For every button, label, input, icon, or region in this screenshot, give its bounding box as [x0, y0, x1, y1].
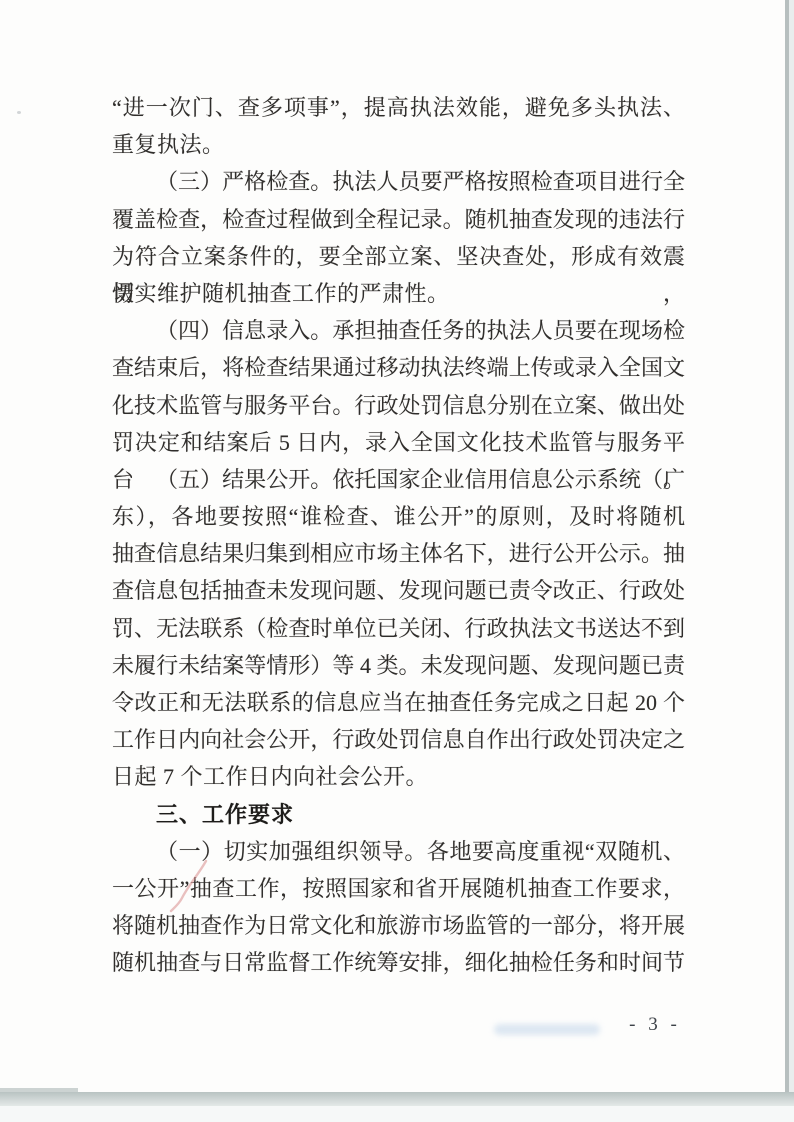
text-line-14: 查信息包括抽查未发现问题、发现问题已责令改正、行政处	[112, 572, 685, 609]
text-line-2: 重复执法。	[112, 126, 685, 163]
text-line-4: 覆盖检查，检查过程做到全程记录。随机抽查发现的违法行	[112, 201, 685, 238]
text-line-10: 罚决定和结案后 5 日内，录入全国文化技术监管与服务平台。	[112, 424, 685, 461]
text-line-17: 令改正和无法联系的信息应当在抽查任务完成之日起 20 个	[112, 684, 685, 721]
blue-smudge-artifact	[494, 1024, 600, 1035]
scanned-document-page: “进一次门、查多项事”，提高执法效能，避免多头执法、重复执法。（三）严格检查。执…	[0, 0, 794, 1122]
paper-speck-artifact	[17, 111, 21, 114]
text-line-1: “进一次门、查多项事”，提高执法效能，避免多头执法、	[112, 89, 685, 126]
red-pen-mark-artifact	[168, 858, 212, 914]
text-line-18: 工作日内向社会公开，行政处罚信息自作出行政处罚决定之	[112, 721, 685, 758]
text-line-7: （四）信息录入。承担抽查任务的执法人员要在现场检	[112, 312, 685, 349]
right-edge-outer-margin	[789, 0, 794, 1122]
text-line-8: 查结束后，将检查结果通过移动执法终端上传或录入全国文	[112, 349, 685, 386]
text-line-24: 随机抽查与日常监督工作统筹安排，细化抽检任务和时间节	[112, 944, 685, 981]
text-line-5: 为符合立案条件的，要全部立案、坚决查处，形成有效震慑，	[112, 238, 685, 275]
page-number: - 3 -	[600, 1014, 710, 1036]
document-body-text: “进一次门、查多项事”，提高执法效能，避免多头执法、重复执法。（三）严格检查。执…	[112, 89, 685, 982]
text-line-19: 日起 7 个工作日内向社会公开。	[112, 758, 685, 795]
text-line-16: 未履行未结案等情形）等 4 类。未发现问题、发现问题已责	[112, 647, 685, 684]
text-line-12: 东），各地要按照“谁检查、谁公开”的原则，及时将随机	[112, 498, 685, 535]
bottom-page-edge-shadow	[0, 1092, 794, 1106]
text-line-13: 抽查信息结果归集到相应市场主体名下，进行公开公示。抽	[112, 535, 685, 572]
text-line-9: 化技术监管与服务平台。行政处罚信息分别在立案、做出处	[112, 387, 685, 424]
text-line-3: （三）严格检查。执法人员要严格按照检查项目进行全	[112, 163, 685, 200]
text-line-11: （五）结果公开。依托国家企业信用信息公示系统（广	[112, 461, 685, 498]
right-page-edge-shadow	[785, 0, 789, 1102]
below-edge-background	[0, 1106, 794, 1122]
text-line-15: 罚、无法联系（检查时单位已关闭、行政执法文书送达不到	[112, 610, 685, 647]
section-heading: 三、工作要求	[112, 796, 685, 833]
